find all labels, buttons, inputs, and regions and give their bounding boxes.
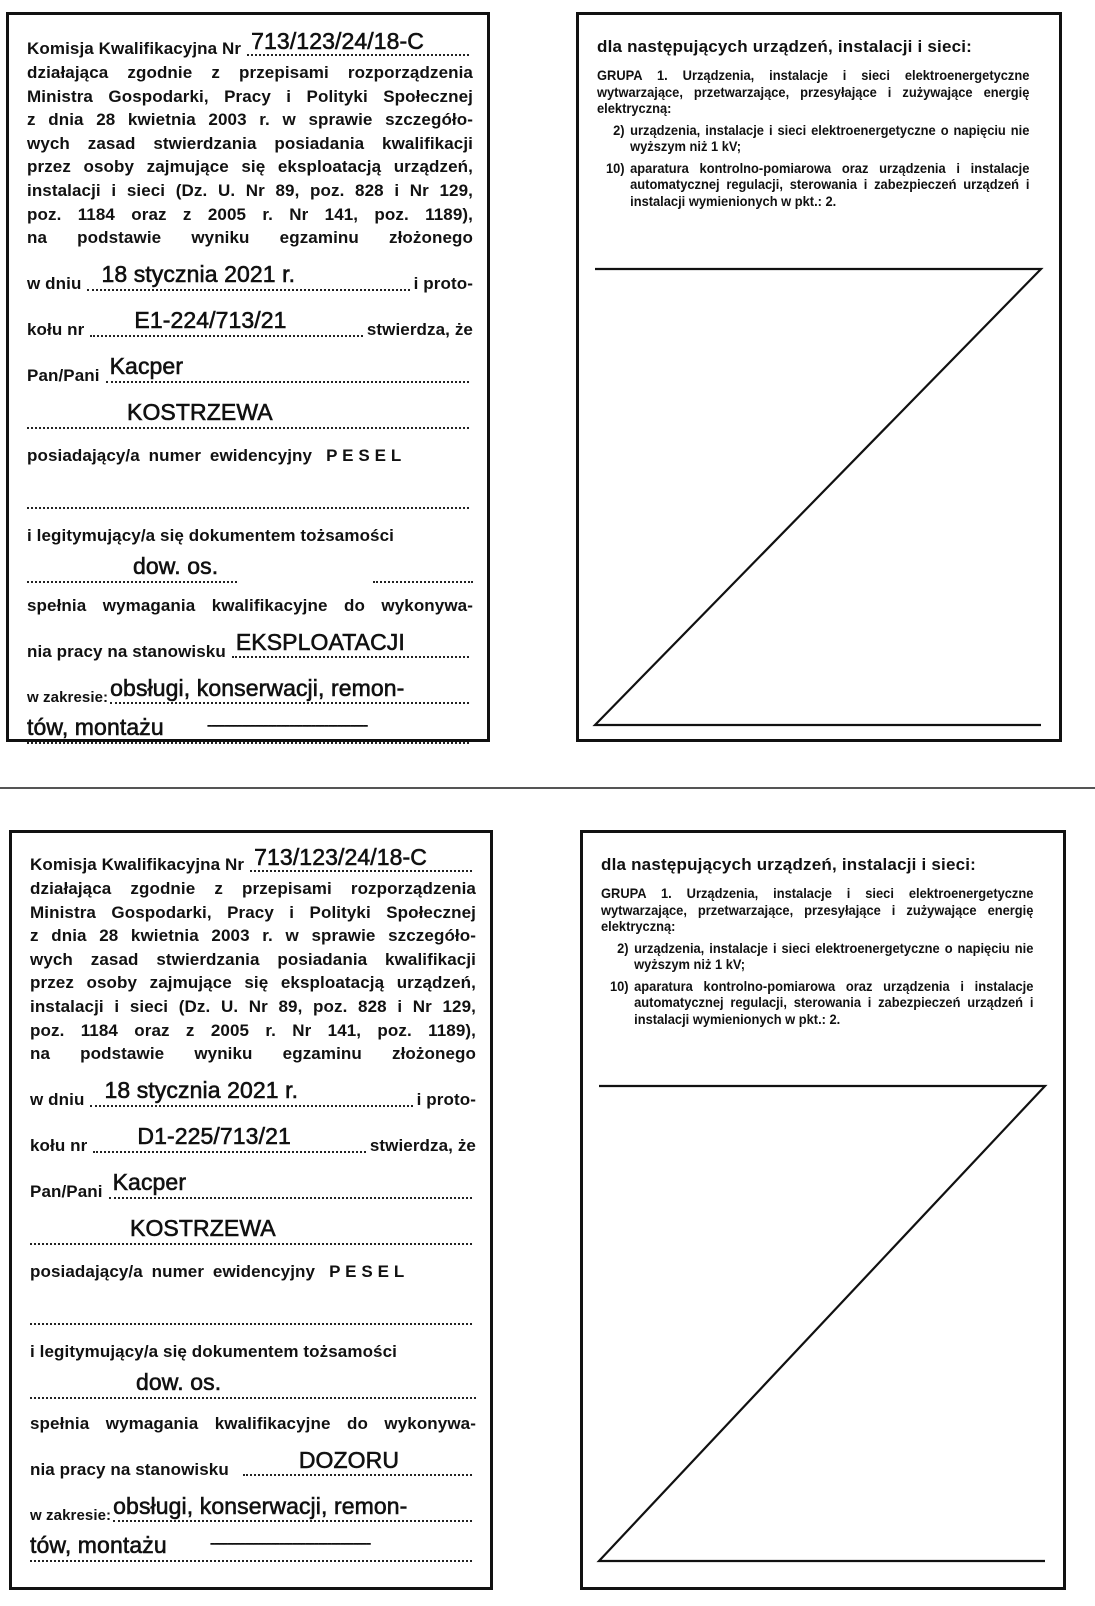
scope-value-2: tów, montażu bbox=[30, 1534, 167, 1558]
date-label: w dniu bbox=[27, 272, 81, 296]
protocol-label: kołu nr bbox=[30, 1134, 87, 1158]
id-doc-value: dow. os. bbox=[136, 1371, 221, 1395]
date-suffix: i proto- bbox=[417, 1088, 476, 1112]
certificate-2-back: dla następujących urządzeń, instalacji i… bbox=[580, 830, 1066, 1590]
pesel-label: posiadający/a numer ewidencyjny bbox=[27, 444, 312, 468]
certificate-2-front: Komisja Kwalifikacyjna Nr 713/123/24/18-… bbox=[9, 830, 493, 1590]
legal-line: poz. 1184 oraz z 2005 r. Nr 141, poz. 11… bbox=[30, 1019, 476, 1043]
commission-number: 713/123/24/18-C bbox=[251, 30, 424, 54]
protocol-suffix: stwierdza, że bbox=[370, 1134, 476, 1158]
protocol-number: E1-224/713/21 bbox=[134, 309, 286, 333]
commission-label: Komisja Kwalifikacyjna Nr bbox=[27, 37, 241, 61]
legal-line: Ministra Gospodarki, Pracy i Polityki Sp… bbox=[27, 85, 473, 109]
commission-number: 713/123/24/18-C bbox=[254, 846, 427, 870]
divider-line bbox=[0, 787, 1095, 789]
legal-line: przez osoby zajmujące się eksploatacją u… bbox=[27, 155, 473, 179]
id-doc-label: i legitymujący/a się dokumentem tożsamoś… bbox=[27, 524, 394, 548]
legal-line: na podstawie wyniku egzaminu złożonego bbox=[27, 226, 473, 250]
exam-date: 18 stycznia 2021 r. bbox=[104, 1079, 298, 1103]
legal-line: instalacji i sieci (Dz. U. Nr 89, poz. 8… bbox=[30, 995, 476, 1019]
person-label: Pan/Pani bbox=[27, 364, 100, 388]
legal-line: instalacji i sieci (Dz. U. Nr 89, poz. 8… bbox=[27, 179, 473, 203]
first-name: Kacper bbox=[110, 355, 183, 379]
legal-line: z dnia 28 kwietnia 2003 r. w sprawie szc… bbox=[27, 108, 473, 132]
person-label: Pan/Pani bbox=[30, 1180, 103, 1204]
z-strike-lines bbox=[583, 833, 1069, 1593]
scope-value-1: obsługi, konserwacji, remon- bbox=[110, 677, 404, 701]
id-doc-value: dow. os. bbox=[133, 555, 218, 579]
certificate-1-back: dla następujących urządzeń, instalacji i… bbox=[576, 12, 1062, 742]
scope-dashes: ------------------------------------- bbox=[210, 1532, 370, 1556]
z-strike-lines bbox=[579, 15, 1065, 745]
legal-line: Ministra Gospodarki, Pracy i Polityki Sp… bbox=[30, 901, 476, 925]
certificate-2-body: Komisja Kwalifikacyjna Nr 713/123/24/18-… bbox=[30, 851, 476, 1567]
last-name: KOSTRZEWA bbox=[127, 401, 273, 425]
legal-line: z dnia 28 kwietnia 2003 r. w sprawie szc… bbox=[30, 924, 476, 948]
position-label: nia pracy na stanowisku bbox=[30, 1458, 229, 1482]
date-suffix: i proto- bbox=[414, 272, 473, 296]
scope-dashes: ------------------------------------- bbox=[207, 714, 367, 738]
legal-line: na podstawie wyniku egzaminu złożonego bbox=[30, 1042, 476, 1066]
legal-line: poz. 1184 oraz z 2005 r. Nr 141, poz. 11… bbox=[27, 203, 473, 227]
date-label: w dniu bbox=[30, 1088, 84, 1112]
scope-label: w zakresie: bbox=[30, 1504, 111, 1528]
exam-date: 18 stycznia 2021 r. bbox=[101, 263, 295, 287]
position-value: DOZORU bbox=[299, 1449, 399, 1473]
pesel-word: P E S E L bbox=[326, 444, 401, 468]
legal-line: wych zasad stwierdzania posiadania kwali… bbox=[27, 132, 473, 156]
scope-label: w zakresie: bbox=[27, 686, 108, 710]
commission-label: Komisja Kwalifikacyjna Nr bbox=[30, 853, 244, 877]
id-doc-label: i legitymujący/a się dokumentem tożsamoś… bbox=[30, 1340, 397, 1364]
legal-line: działająca zgodnie z przepisami rozporzą… bbox=[27, 61, 473, 85]
position-label: nia pracy na stanowisku bbox=[27, 640, 226, 664]
scope-value-1: obsługi, konserwacji, remon- bbox=[113, 1495, 407, 1519]
scope-value-2: tów, montażu bbox=[27, 716, 164, 740]
last-name: KOSTRZEWA bbox=[130, 1217, 276, 1241]
protocol-label: kołu nr bbox=[27, 318, 84, 342]
certificate-1-body: Komisja Kwalifikacyjna Nr 713/123/24/18-… bbox=[27, 35, 473, 749]
pesel-label: posiadający/a numer ewidencyjny bbox=[30, 1260, 315, 1284]
legal-line: działająca zgodnie z przepisami rozporzą… bbox=[30, 877, 476, 901]
legal-line: przez osoby zajmujące się eksploatacją u… bbox=[30, 971, 476, 995]
requirements-line: spełnia wymagania kwalifikacyjne do wyko… bbox=[27, 594, 473, 618]
legal-line: wych zasad stwierdzania posiadania kwali… bbox=[30, 948, 476, 972]
pesel-word: P E S E L bbox=[329, 1260, 404, 1284]
requirements-line: spełnia wymagania kwalifikacyjne do wyko… bbox=[30, 1412, 476, 1436]
first-name: Kacper bbox=[113, 1171, 186, 1195]
protocol-suffix: stwierdza, że bbox=[367, 318, 473, 342]
protocol-number: D1-225/713/21 bbox=[137, 1125, 290, 1149]
position-value: EKSPLOATACJI bbox=[236, 631, 405, 655]
certificate-1-front: Komisja Kwalifikacyjna Nr 713/123/24/18-… bbox=[6, 12, 490, 742]
